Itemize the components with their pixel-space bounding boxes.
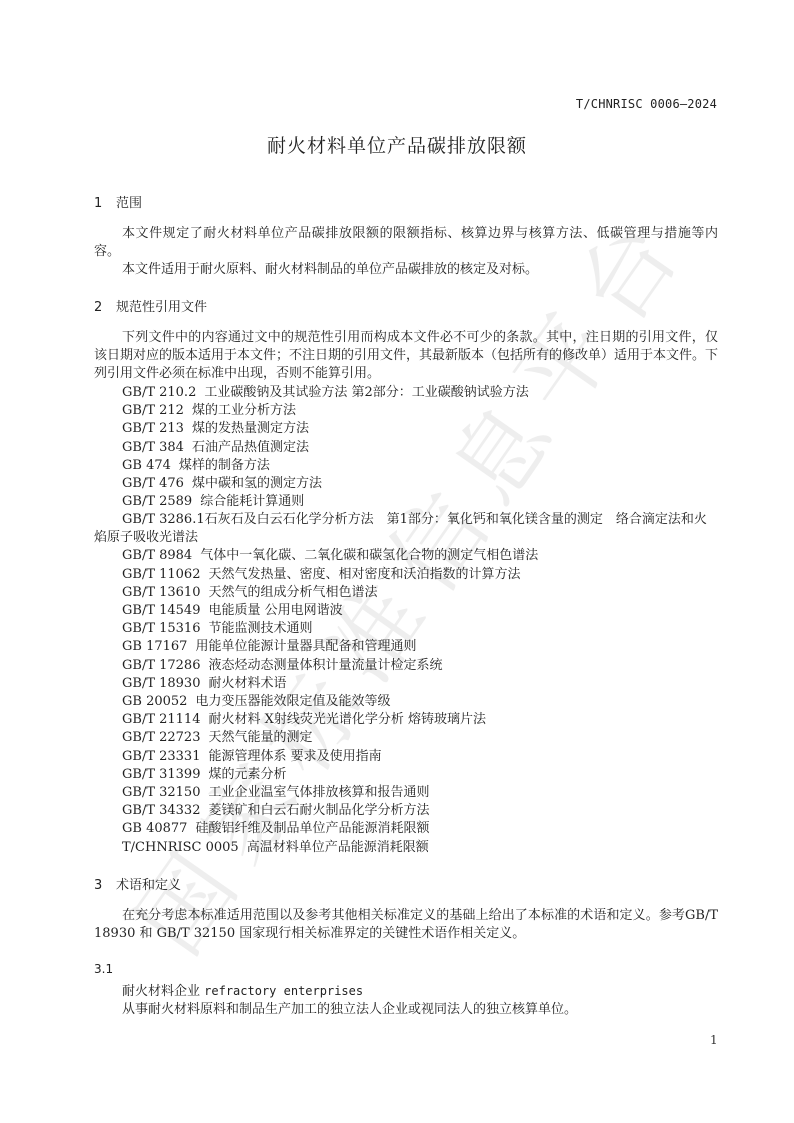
reference-item: GB/T 32150工业企业温室气体排放核算和报告通则: [122, 784, 430, 802]
reference-title: 煤的元素分析: [208, 767, 286, 782]
reference-code: GB/T 21114: [122, 711, 200, 729]
reference-item: GB/T 13610天然气的组成分析气相色谱法: [122, 584, 378, 602]
reference-code: GB/T 31399: [122, 766, 200, 784]
reference-title: 硅酸铝纤维及制品单位产品能源消耗限额: [195, 821, 429, 836]
reference-code: GB/T 11062: [122, 566, 200, 584]
reference-code: GB/T 213: [122, 420, 184, 438]
reference-code: GB 40877: [122, 820, 187, 838]
reference-item: GB/T 212煤的工业分析方法: [122, 402, 296, 420]
reference-item: GB/T 31399煤的元素分析: [122, 766, 287, 784]
reference-title: 天然气能量的测定: [208, 730, 312, 745]
reference-title: 菱镁矿和白云石耐火制品化学分析方法: [208, 803, 429, 818]
section-number: 1: [94, 196, 116, 211]
standard-code: T/CHNRISC 0006—2024: [576, 97, 717, 111]
reference-code: GB/T 210.2: [122, 384, 196, 402]
reference-item: GB/T 8984气体中一氧化碳、二氧化碳和碳氢化合物的测定气相色谱法: [122, 547, 538, 565]
reference-title: 气体中一氧化碳、二氧化碳和碳氢化合物的测定气相色谱法: [200, 548, 538, 563]
reference-item: GB/T 22723天然气能量的测定: [122, 729, 313, 747]
reference-item: GB/T 11062天然气发热量、密度、相对密度和沃泊指数的计算方法: [122, 566, 521, 584]
reference-title: 石油产品热值测定法: [192, 440, 309, 455]
reference-item: GB/T 21114耐火材料 X射线荧光光谱化学分析 熔铸玻璃片法: [122, 711, 486, 729]
reference-code: GB/T 8984: [122, 547, 192, 565]
reference-title: 耐火材料术语: [208, 676, 286, 691]
reference-code: T/CHNRISC 0005: [122, 839, 239, 857]
reference-code: GB/T 18930: [122, 675, 200, 693]
reference-item: GB/T 23331能源管理体系 要求及使用指南: [122, 748, 382, 766]
reference-code: GB/T 17286: [122, 657, 200, 675]
reference-code: GB/T 3286.1: [122, 512, 205, 527]
reference-item: GB/T 2589综合能耗计算通则: [122, 493, 304, 511]
references-intro: 下列文件中的内容通过文中的规范性引用而构成本文件必不可少的条款。其中，注日期的引…: [94, 329, 718, 383]
scope-paragraph-2: 本文件适用于耐火原料、耐火材料制品的单位产品碳排放的核定及对标。: [94, 261, 718, 279]
reference-title: 能源管理体系 要求及使用指南: [208, 749, 381, 764]
reference-code: GB/T 14549: [122, 602, 200, 620]
reference-item: GB/T 476煤中碳和氢的测定方法: [122, 475, 322, 493]
reference-code: GB/T 32150: [122, 784, 200, 802]
reference-code: GB/T 212: [122, 402, 184, 420]
term-zh: 耐火材料企业: [122, 984, 200, 999]
section-number: 3: [94, 878, 116, 893]
section-title: 规范性引用文件: [116, 300, 207, 315]
reference-code: GB 17167: [122, 638, 187, 656]
section-title: 范围: [116, 196, 142, 211]
reference-title: 液态烃动态测量体积计量流量计检定系统: [208, 658, 442, 673]
document-title: 耐火材料单位产品碳排放限额: [0, 131, 794, 158]
reference-code: GB/T 476: [122, 475, 184, 493]
reference-title: 煤的发热量测定方法: [192, 421, 309, 436]
reference-title: 天然气发热量、密度、相对密度和沃泊指数的计算方法: [208, 567, 520, 582]
section-2-heading: 2规范性引用文件: [94, 296, 207, 315]
reference-title: 高温材料单位产品能源消耗限额: [247, 840, 429, 855]
reference-title: 工业企业温室气体排放核算和报告通则: [208, 785, 429, 800]
reference-code: GB/T 15316: [122, 620, 200, 638]
reference-code: GB/T 34332: [122, 802, 200, 820]
reference-title: 煤样的制备方法: [179, 458, 270, 473]
reference-item: GB/T 18930耐火材料术语: [122, 675, 287, 693]
reference-title: 工业碳酸钠及其试验方法 第2部分：工业碳酸钠试验方法: [204, 385, 528, 400]
term-definition: 从事耐火材料原料和制品生产加工的独立法人企业或视同法人的独立核算单位。: [122, 998, 577, 1017]
reference-title: 用能单位能源计量器具配备和管理通则: [195, 639, 416, 654]
reference-item: GB/T 34332菱镁矿和白云石耐火制品化学分析方法: [122, 802, 430, 820]
reference-code: GB/T 22723: [122, 729, 200, 747]
reference-item: GB 17167用能单位能源计量器具配备和管理通则: [122, 638, 416, 656]
reference-code: GB/T 384: [122, 439, 184, 457]
section-1-heading: 1范围: [94, 192, 142, 211]
reference-item: GB/T 210.2工业碳酸钠及其试验方法 第2部分：工业碳酸钠试验方法: [122, 384, 529, 402]
reference-item: GB 40877硅酸铝纤维及制品单位产品能源消耗限额: [122, 820, 429, 838]
section-number: 2: [94, 300, 116, 315]
reference-item: GB/T 14549电能质量 公用电网谐波: [122, 602, 343, 620]
section-3-heading: 3术语和定义: [94, 874, 181, 893]
reference-title: 节能监测技术通则: [208, 621, 312, 636]
reference-code: GB 474: [122, 457, 171, 475]
reference-item: GB/T 3286.1石灰石及白云石化学分析方法 第1部分：氧化钙和氧化镁含量的…: [94, 511, 718, 547]
term-number: 3.1: [94, 962, 113, 976]
term-en: refractory enterprises: [204, 984, 363, 998]
reference-item: GB 474煤样的制备方法: [122, 457, 270, 475]
reference-item: GB/T 213煤的发热量测定方法: [122, 420, 309, 438]
reference-item: GB/T 384石油产品热值测定法: [122, 439, 309, 457]
scope-paragraph-1: 本文件规定了耐火材料单位产品碳排放限额的限额指标、核算边界与核算方法、低碳管理与…: [94, 225, 718, 261]
page-number: 1: [710, 1033, 718, 1047]
reference-item: GB/T 15316节能监测技术通则: [122, 620, 313, 638]
reference-title: 天然气的组成分析气相色谱法: [208, 585, 377, 600]
reference-item: GB 20052电力变压器能效限定值及能效等级: [122, 693, 390, 711]
reference-title: 电能质量 公用电网谐波: [208, 603, 342, 618]
term-title: 耐火材料企业 refractory enterprises: [122, 980, 363, 999]
reference-code: GB/T 13610: [122, 584, 200, 602]
reference-title: 煤的工业分析方法: [192, 403, 296, 418]
terms-intro: 在充分考虑本标准适用范围以及参考其他相关标准定义的基础上给出了本标准的术语和定义…: [94, 907, 718, 943]
reference-code: GB/T 2589: [122, 493, 192, 511]
reference-item: GB/T 17286液态烃动态测量体积计量流量计检定系统: [122, 657, 443, 675]
document-page: 国家标准信息平台 T/CHNRISC 0006—2024 耐火材料单位产品碳排放…: [0, 0, 794, 1123]
reference-title: 煤中碳和氢的测定方法: [192, 476, 322, 491]
reference-title: 电力变压器能效限定值及能效等级: [195, 694, 390, 709]
reference-code: GB/T 23331: [122, 748, 200, 766]
section-title: 术语和定义: [116, 878, 181, 893]
reference-code: GB 20052: [122, 693, 187, 711]
reference-title: 综合能耗计算通则: [200, 494, 304, 509]
reference-title: 耐火材料 X射线荧光光谱化学分析 熔铸玻璃片法: [208, 712, 486, 727]
reference-item: T/CHNRISC 0005高温材料单位产品能源消耗限额: [122, 839, 429, 857]
